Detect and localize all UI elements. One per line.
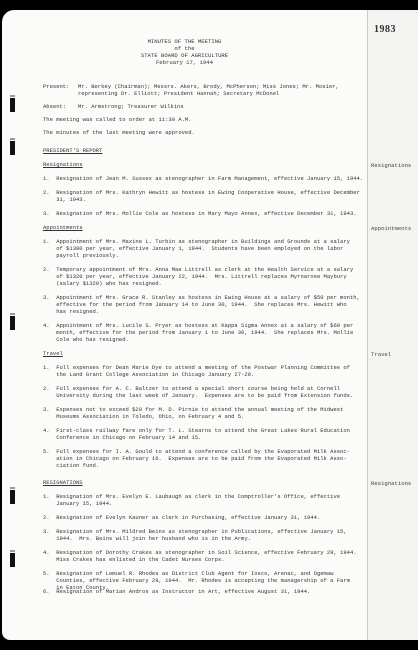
called-to-order: The meeting was called to order at 11:30… [43, 117, 192, 124]
appointments-subheading: Appointments [43, 225, 83, 232]
binder-hole-mark [10, 316, 15, 330]
appointment-item-cont: has resigned. [43, 309, 99, 316]
resignation-item-cont: January 15, 1944. [43, 501, 112, 508]
travel-item-cont: ciation fund. [43, 463, 99, 470]
presidents-report-heading: PRESIDENT'S REPORT [43, 148, 102, 155]
document-page: 1983 MINUTES OF THE MEETING of the STATE… [2, 10, 418, 640]
margin-note-resignations: Resignations [371, 162, 411, 169]
present-label: Present: [43, 84, 69, 91]
right-margin-column [368, 10, 418, 640]
resignation-item-cont: 1944. Mrs. Beins will join her husband w… [43, 536, 251, 543]
appointment-item-cont: Cole who has resigned. [43, 337, 129, 344]
resignation-item-cont: 31, 1943. [43, 197, 86, 204]
travel-item-cont: Museums Association in Toledo, Ohio, on … [43, 414, 244, 421]
title-line-4: February 17, 1944 [2, 59, 367, 66]
margin-note-appointments: Appointments [371, 225, 411, 232]
resignations-subheading: Resignations [43, 162, 83, 169]
resignation-item: 2. Resignation of Evelyn Kauner as clerk… [43, 515, 320, 522]
absent-label: Absent: [43, 104, 66, 111]
travel-item-cont: University during the last week of Janua… [43, 393, 353, 400]
travel-subheading: Travel [43, 351, 63, 358]
margin-note-resignations-2: Resignations [371, 480, 411, 487]
travel-item-cont: the Land Grant College Association in Ch… [43, 372, 254, 379]
appointment-item-cont: (salary $1320) who has resigned. [43, 281, 162, 288]
binder-hole-mark [10, 141, 15, 155]
absent-text: Mr. Armstrong; Treasurer Wilkins [78, 104, 184, 111]
page-number: 1983 [374, 24, 396, 35]
resignation-item-cont: Miss Crakes has enlisted in the Cadet Nu… [43, 557, 225, 564]
binder-hole-mark [10, 98, 15, 112]
resignation-item: 6. Resignation of Marian Andros as Instr… [43, 589, 310, 596]
travel-item-cont: Conference in Chicago on February 14 and… [43, 435, 201, 442]
margin-rule [367, 10, 368, 640]
appointment-item-cont: payroll previously. [43, 253, 119, 260]
minutes-approved: The minutes of the last meeting were app… [43, 130, 195, 137]
resignations-section-heading: RESIGNATIONS [43, 480, 83, 487]
margin-note-travel: Travel [371, 351, 391, 358]
present-line-2: representing Dr. Elliott; President Hann… [78, 91, 279, 98]
binder-hole-mark [10, 490, 15, 504]
binder-hole-mark [10, 553, 15, 567]
resignation-item: 3. Resignation of Mrs. Mollie Cole as ho… [43, 211, 357, 218]
resignation-item: 1. Resignation of Jean M. Sussex as sten… [43, 176, 363, 183]
resignation-item: 2. Resignation of Mrs. Kathryn Hewitt as… [43, 190, 360, 197]
